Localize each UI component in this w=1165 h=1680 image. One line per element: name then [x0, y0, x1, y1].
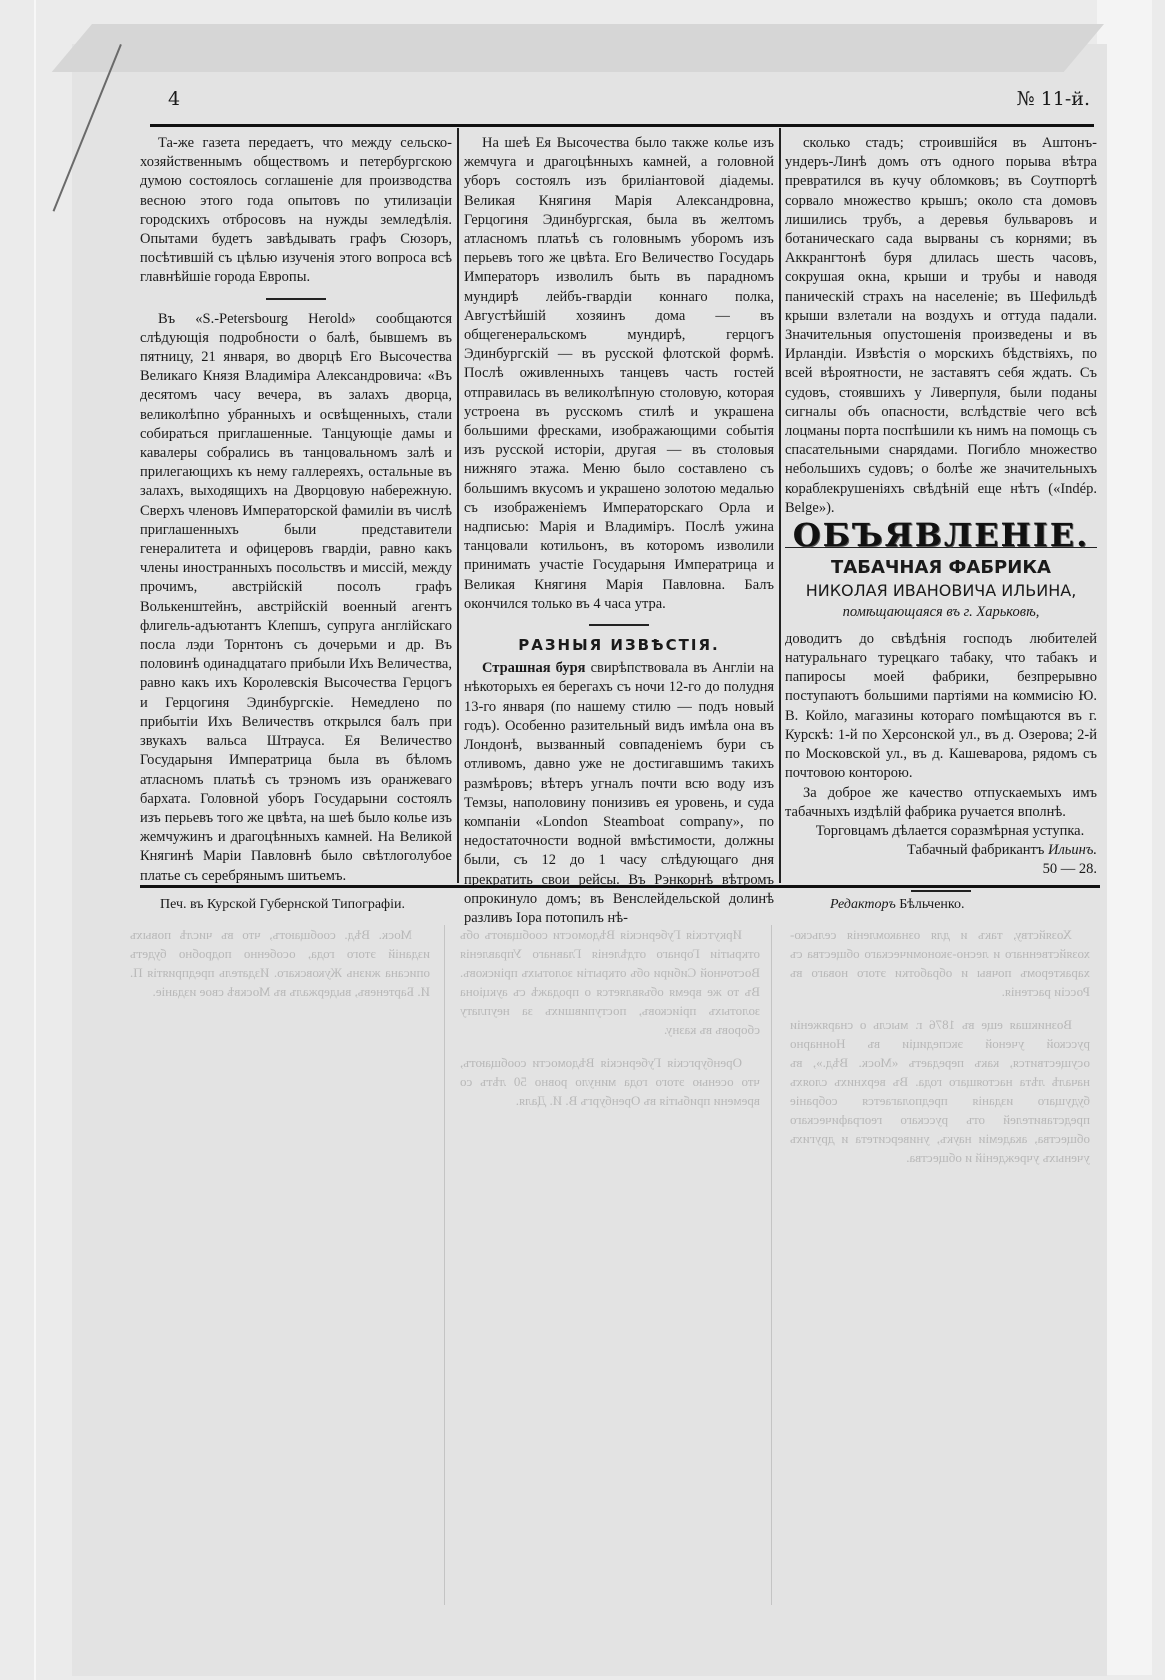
ad-quality: За доброе же качество отпускаемыхъ имъ т… — [785, 784, 1097, 822]
show-through-divider — [444, 925, 445, 1605]
show-through-column: Моск. Вѣд. сообщаютъ, что въ числѣ повых… — [130, 925, 430, 1015]
ad-code: 50 — 28. — [785, 860, 1097, 879]
footer-rule — [140, 885, 1100, 888]
ad-end-rule — [911, 890, 971, 892]
article-ball-continued: На шеѣ Ея Высочества было также колье из… — [464, 134, 774, 614]
editor-name: Бѣльченко. — [899, 897, 964, 912]
ad-firm-name: ТАБАЧНАЯ ФАБРИКА — [785, 558, 1097, 577]
show-through-divider — [771, 925, 772, 1605]
reverse-side-show-through: Хозяйству, такъ и для ознакомленiя сельс… — [130, 925, 1090, 1625]
section-heading-misc-news: РАЗНЫЯ ИЗВѢСТIЯ. — [464, 636, 774, 655]
column-2: На шеѣ Ея Высочества было также колье из… — [464, 134, 774, 928]
column-divider — [779, 128, 781, 883]
column-divider — [457, 128, 459, 883]
issue-number: № 11-й. — [1017, 88, 1090, 110]
ad-location: помѣщающаяся въ г. Харьковѣ, — [785, 603, 1097, 622]
editor-imprint: Редакторъ Бѣльченко. — [830, 897, 965, 913]
column-1: Та-же газета передаетъ, что между сельск… — [140, 134, 452, 886]
column-3: сколько стадъ; строившiйся въ Аштонъ-унд… — [785, 134, 1097, 902]
article-separator — [589, 624, 649, 626]
editor-role: Редакторъ — [830, 897, 896, 912]
announcement-title: ОБЪЯВЛЕНIЕ. — [785, 526, 1097, 545]
article-grand-duke-ball: Въ «S.-Petersbourg Herold» сообщаются сл… — [140, 310, 452, 886]
article-storm-continued: сколько стадъ; строившiйся въ Аштонъ-унд… — [785, 134, 1097, 518]
ad-owner-name: НИКОЛАЯ ИВАНОВИЧА ИЛЬИНА, — [785, 581, 1097, 600]
article-separator — [266, 298, 326, 300]
page-number: 4 — [168, 88, 180, 110]
ad-discount: Торговцамъ дѣлается соразмѣрная уступка. — [785, 822, 1097, 841]
show-through-text: Хозяйству, такъ и для ознакомленiя сельс… — [790, 925, 1090, 1001]
show-through-column: Иркутскiя Губернскiя Вѣдомости сообщаютъ… — [460, 925, 760, 1124]
ad-signature: Табачный фабрикантъ Ильинъ. — [785, 841, 1097, 860]
header-rule — [150, 124, 1094, 127]
ad-signature-label: Табачный фабрикантъ — [907, 842, 1044, 858]
show-through-text: Оренбургскiя Губернскiя Вѣдомости сообща… — [460, 1053, 760, 1110]
show-through-text: Иркутскiя Губернскiя Вѣдомости сообщаютъ… — [460, 925, 760, 1039]
page-header: 4 № 11-й. — [150, 88, 1100, 118]
printer-imprint: Печ. въ Курской Губернской Типографiи. — [160, 897, 405, 913]
article-sewage-experiments: Та-же газета передаетъ, что между сельск… — [140, 134, 452, 288]
ad-body: доводитъ до свѣдѣнiя господъ любителей н… — [785, 630, 1097, 784]
ad-signature-name: Ильинъ. — [1048, 842, 1097, 858]
show-through-text: Возникшая еще въ 1876 г. мысль о снаряже… — [790, 1015, 1090, 1167]
show-through-text: Моск. Вѣд. сообщаютъ, что въ числѣ повых… — [130, 925, 430, 1001]
article-lead: Страшная буря — [482, 660, 586, 676]
show-through-column: Хозяйству, такъ и для ознакомленiя сельс… — [790, 925, 1090, 1181]
page-fold-shadow — [52, 24, 1104, 72]
scan-margin-line — [34, 0, 36, 1680]
